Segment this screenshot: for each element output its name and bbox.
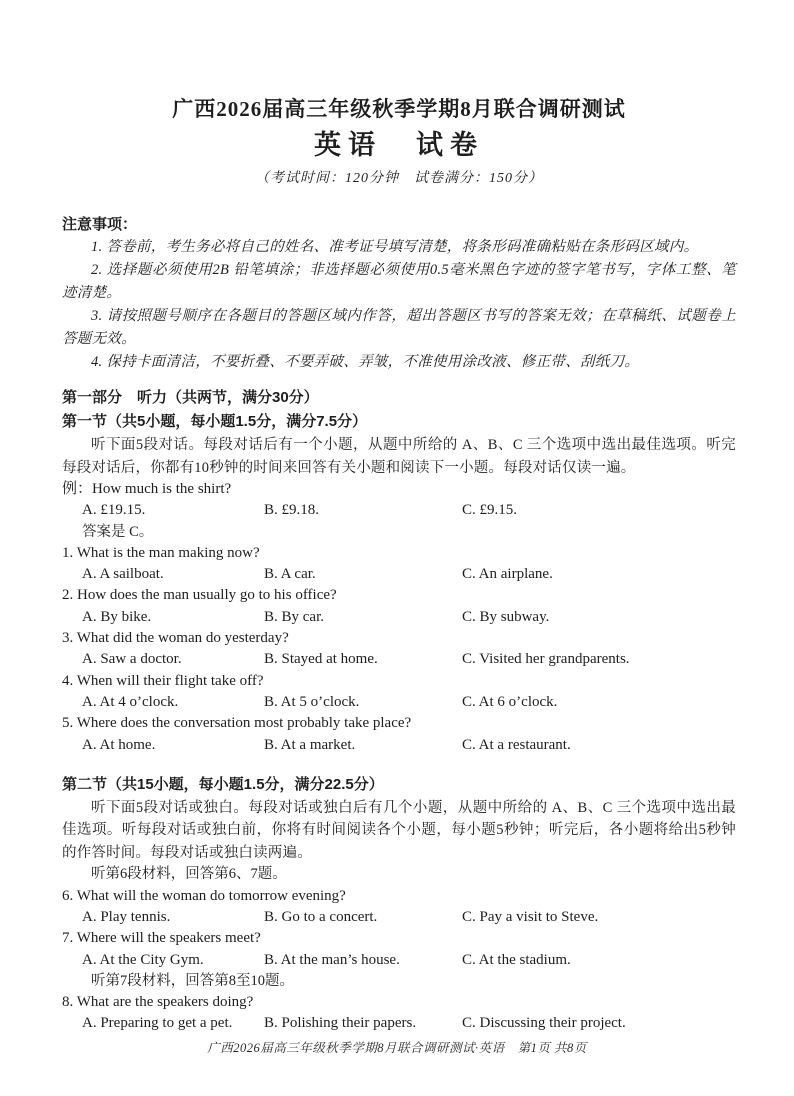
question-block: 8. What are the speakers doing? A. Prepa… [62, 992, 736, 1035]
example-answer-note: 答案是 C。 [82, 522, 736, 543]
notice-item: 2. 选择题必须使用2B 铅笔填涂；非选择题必须使用0.5毫米黑色字迹的签字笔书… [62, 259, 736, 305]
option-b: B. A car. [264, 564, 462, 585]
option-a: A. Play tennis. [82, 907, 264, 928]
section1-instructions: 听下面5段对话。每段对话后有一个小题，从题中所给的 A、B、C 三个选项中选出最… [62, 434, 736, 479]
option-c: C. £9.15. [462, 500, 736, 521]
option-c: C. By subway. [462, 607, 736, 628]
question-block: 5. Where does the conversation most prob… [62, 713, 736, 756]
option-a: A. A sailboat. [82, 564, 264, 585]
section2-heading: 第二节（共15小题，每小题1.5分，满分22.5分） [62, 773, 736, 797]
option-b: B. Polishing their papers. [264, 1013, 462, 1034]
question-options: A. By bike. B. By car. C. By subway. [82, 607, 736, 628]
option-c: C. At a restaurant. [462, 735, 736, 756]
question-text: 5. Where does the conversation most prob… [62, 713, 736, 734]
question-text: 4. When will their flight take off? [62, 671, 736, 692]
question-options: A. At home. B. At a market. C. At a rest… [82, 735, 736, 756]
question-block: 7. Where will the speakers meet? A. At t… [62, 928, 736, 971]
question-block: 6. What will the woman do tomorrow eveni… [62, 886, 736, 929]
question-options: A. Saw a doctor. B. Stayed at home. C. V… [82, 649, 736, 670]
part1-heading: 第一部分 听力（共两节，满分30分） [62, 386, 736, 410]
option-c: C. At 6 o’clock. [462, 692, 736, 713]
section1-heading: 第一节（共5小题，每小题1.5分，满分7.5分） [62, 410, 736, 434]
question-text: 6. What will the woman do tomorrow eveni… [62, 886, 736, 907]
material-7-line: 听第7段材料，回答第8至10题。 [62, 971, 736, 992]
question-text: 8. What are the speakers doing? [62, 992, 736, 1013]
notice-item: 1. 答卷前，考生务必将自己的姓名、准考证号填写清楚，将条形码准确粘贴在条形码区… [62, 236, 736, 259]
question-text: 3. What did the woman do yesterday? [62, 628, 736, 649]
material-6-line: 听第6段材料，回答第6、7题。 [62, 864, 736, 885]
question-options: A. At 4 o’clock. B. At 5 o’clock. C. At … [82, 692, 736, 713]
option-b: B. £9.18. [264, 500, 462, 521]
example-question: 例：How much is the shirt? [62, 479, 736, 500]
question-block: 4. When will their flight take off? A. A… [62, 671, 736, 714]
part1-section1: 第一节（共5小题，每小题1.5分，满分7.5分） 听下面5段对话。每段对话后有一… [62, 410, 736, 756]
question-block: 3. What did the woman do yesterday? A. S… [62, 628, 736, 671]
option-a: A. Preparing to get a pet. [82, 1013, 264, 1034]
question-options: A. Preparing to get a pet. B. Polishing … [82, 1013, 736, 1034]
option-a: A. By bike. [82, 607, 264, 628]
paper-title: 广西2026届高三年级秋季学期8月联合调研测试 [62, 96, 736, 122]
question-text: 2. How does the man usually go to his of… [62, 585, 736, 606]
notices-heading: 注意事项： [62, 213, 736, 236]
question-block: 1. What is the man making now? A. A sail… [62, 543, 736, 586]
option-b: B. At 5 o’clock. [264, 692, 462, 713]
option-c: C. An airplane. [462, 564, 736, 585]
page-footer: 广西2026届高三年级秋季学期8月联合调研测试·英语 第1页 共8页 [0, 1038, 794, 1056]
question-options: A. A sailboat. B. A car. C. An airplane. [82, 564, 736, 585]
paper-header: 广西2026届高三年级秋季学期8月联合调研测试 英语 试卷 （考试时间：120分… [62, 96, 736, 189]
question-text: 1. What is the man making now? [62, 543, 736, 564]
section2-instructions: 听下面5段对话或独白。每段对话或独白后有几个小题，从题中所给的 A、B、C 三个… [62, 797, 736, 865]
option-a: A. At 4 o’clock. [82, 692, 264, 713]
option-a: A. At the City Gym. [82, 950, 264, 971]
exam-paper-page: 广西2026届高三年级秋季学期8月联合调研测试 英语 试卷 （考试时间：120分… [0, 0, 794, 1096]
question-text: 7. Where will the speakers meet? [62, 928, 736, 949]
option-b: B. Stayed at home. [264, 649, 462, 670]
notices-section: 注意事项： 1. 答卷前，考生务必将自己的姓名、准考证号填写清楚，将条形码准确粘… [62, 213, 736, 374]
option-c: C. Pay a visit to Steve. [462, 907, 736, 928]
question-options: A. At the City Gym. B. At the man’s hous… [82, 950, 736, 971]
question-block: 2. How does the man usually go to his of… [62, 585, 736, 628]
question-options: A. Play tennis. B. Go to a concert. C. P… [82, 907, 736, 928]
option-c: C. Discussing their project. [462, 1013, 736, 1034]
option-b: B. By car. [264, 607, 462, 628]
notice-item: 3. 请按照题号顺序在各题目的答题区域内作答，超出答题区书写的答案无效；在草稿纸… [62, 305, 736, 351]
notice-item: 4. 保持卡面清洁，不要折叠、不要弄破、弄皱，不准使用涂改液、修正带、刮纸刀。 [62, 351, 736, 374]
exam-info: （考试时间：120分钟 试卷满分：150分） [62, 169, 736, 189]
option-a: A. Saw a doctor. [82, 649, 264, 670]
option-b: B. At a market. [264, 735, 462, 756]
option-b: B. Go to a concert. [264, 907, 462, 928]
option-a: A. At home. [82, 735, 264, 756]
option-c: C. Visited her grandparents. [462, 649, 736, 670]
option-c: C. At the stadium. [462, 950, 736, 971]
subject-title: 英语 试卷 [62, 128, 736, 162]
part1-section2: 第二节（共15小题，每小题1.5分，满分22.5分） 听下面5段对话或独白。每段… [62, 773, 736, 1035]
option-b: B. At the man’s house. [264, 950, 462, 971]
part1-section: 第一部分 听力（共两节，满分30分） 第一节（共5小题，每小题1.5分，满分7.… [62, 386, 736, 1035]
example-options: A. £19.15. B. £9.18. C. £9.15. [82, 500, 736, 521]
option-a: A. £19.15. [82, 500, 264, 521]
